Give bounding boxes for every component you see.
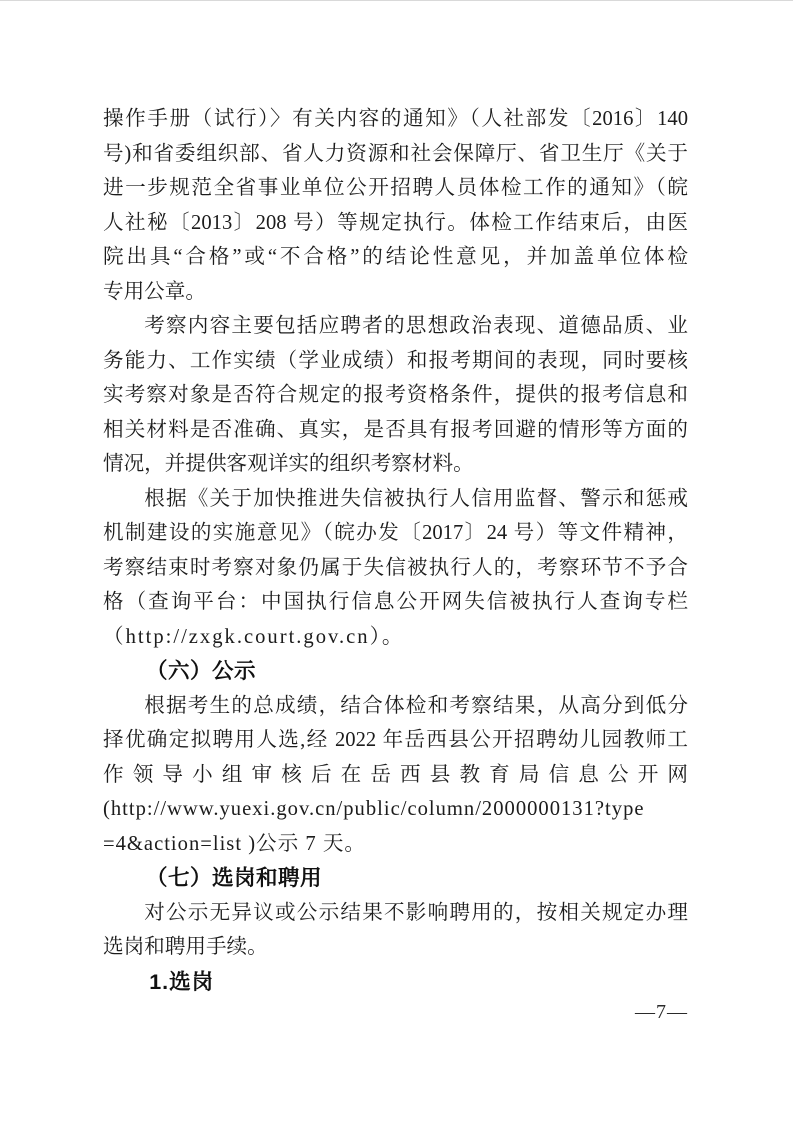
document-page: 操作手册（试行）〉有关内容的通知》（人社部发〔2016〕140号)和省委组织部、… bbox=[0, 1, 793, 1123]
body-line: 作领导小组审核后在岳西县教育局信息公开网 bbox=[103, 758, 688, 793]
page-number: —7— bbox=[103, 995, 688, 1030]
subsection-heading: 1.选岗 bbox=[103, 965, 688, 1000]
body-line: 院出具“合格”或“不合格”的结论性意见，并加盖单位体检 bbox=[103, 240, 688, 275]
body-line: 机制建设的实施意见》（皖办发〔2017〕24 号）等文件精神， bbox=[103, 516, 688, 551]
body-line: 实考察对象是否符合规定的报考资格条件，提供的报考信息和 bbox=[103, 378, 688, 413]
body-line: 根据考生的总成绩，结合体检和考察结果，从高分到低分 bbox=[103, 689, 688, 724]
body-line: 考察内容主要包括应聘者的思想政治表现、道德品质、业 bbox=[103, 309, 688, 344]
body-line: 相关材料是否准确、真实，是否具有报考回避的情形等方面的 bbox=[103, 413, 688, 448]
url-line: =4&action=list )公示 7 天。 bbox=[103, 827, 688, 862]
section-heading: （六）公示 bbox=[103, 654, 688, 689]
body-line: 情况，并提供客观详实的组织考察材料。 bbox=[103, 447, 688, 482]
body-line: 专用公章。 bbox=[103, 275, 688, 310]
section-heading: （七）选岗和聘用 bbox=[103, 861, 688, 896]
body-line: 操作手册（试行）〉有关内容的通知》（人社部发〔2016〕140 bbox=[103, 102, 688, 137]
url-line: (http://www.yuexi.gov.cn/public/column/2… bbox=[103, 792, 688, 827]
body-line: 务能力、工作实绩（学业成绩）和报考期间的表现，同时要核 bbox=[103, 344, 688, 379]
body-line: 进一步规范全省事业单位公开招聘人员体检工作的通知》（皖 bbox=[103, 171, 688, 206]
body-line: 根据《关于加快推进失信被执行人信用监督、警示和惩戒 bbox=[103, 482, 688, 517]
body-line: 格（查询平台：中国执行信息公开网失信被执行人查询专栏 bbox=[103, 585, 688, 620]
body-line: 择优确定拟聘用人选,经 2022 年岳西县公开招聘幼儿园教师工 bbox=[103, 723, 688, 758]
body-line: 号)和省委组织部、省人力资源和社会保障厅、省卫生厅《关于 bbox=[103, 137, 688, 172]
body-line: 对公示无异议或公示结果不影响聘用的，按相关规定办理 bbox=[103, 896, 688, 931]
document-body: 操作手册（试行）〉有关内容的通知》（人社部发〔2016〕140号)和省委组织部、… bbox=[103, 102, 688, 999]
body-line: 人社秘〔2013〕208 号）等规定执行。体检工作结束后，由医 bbox=[103, 206, 688, 241]
body-line: 考察结束时考察对象仍属于失信被执行人的，考察环节不予合 bbox=[103, 551, 688, 586]
url-line: （http://zxgk.court.gov.cn）。 bbox=[103, 620, 688, 655]
body-line: 选岗和聘用手续。 bbox=[103, 930, 688, 965]
